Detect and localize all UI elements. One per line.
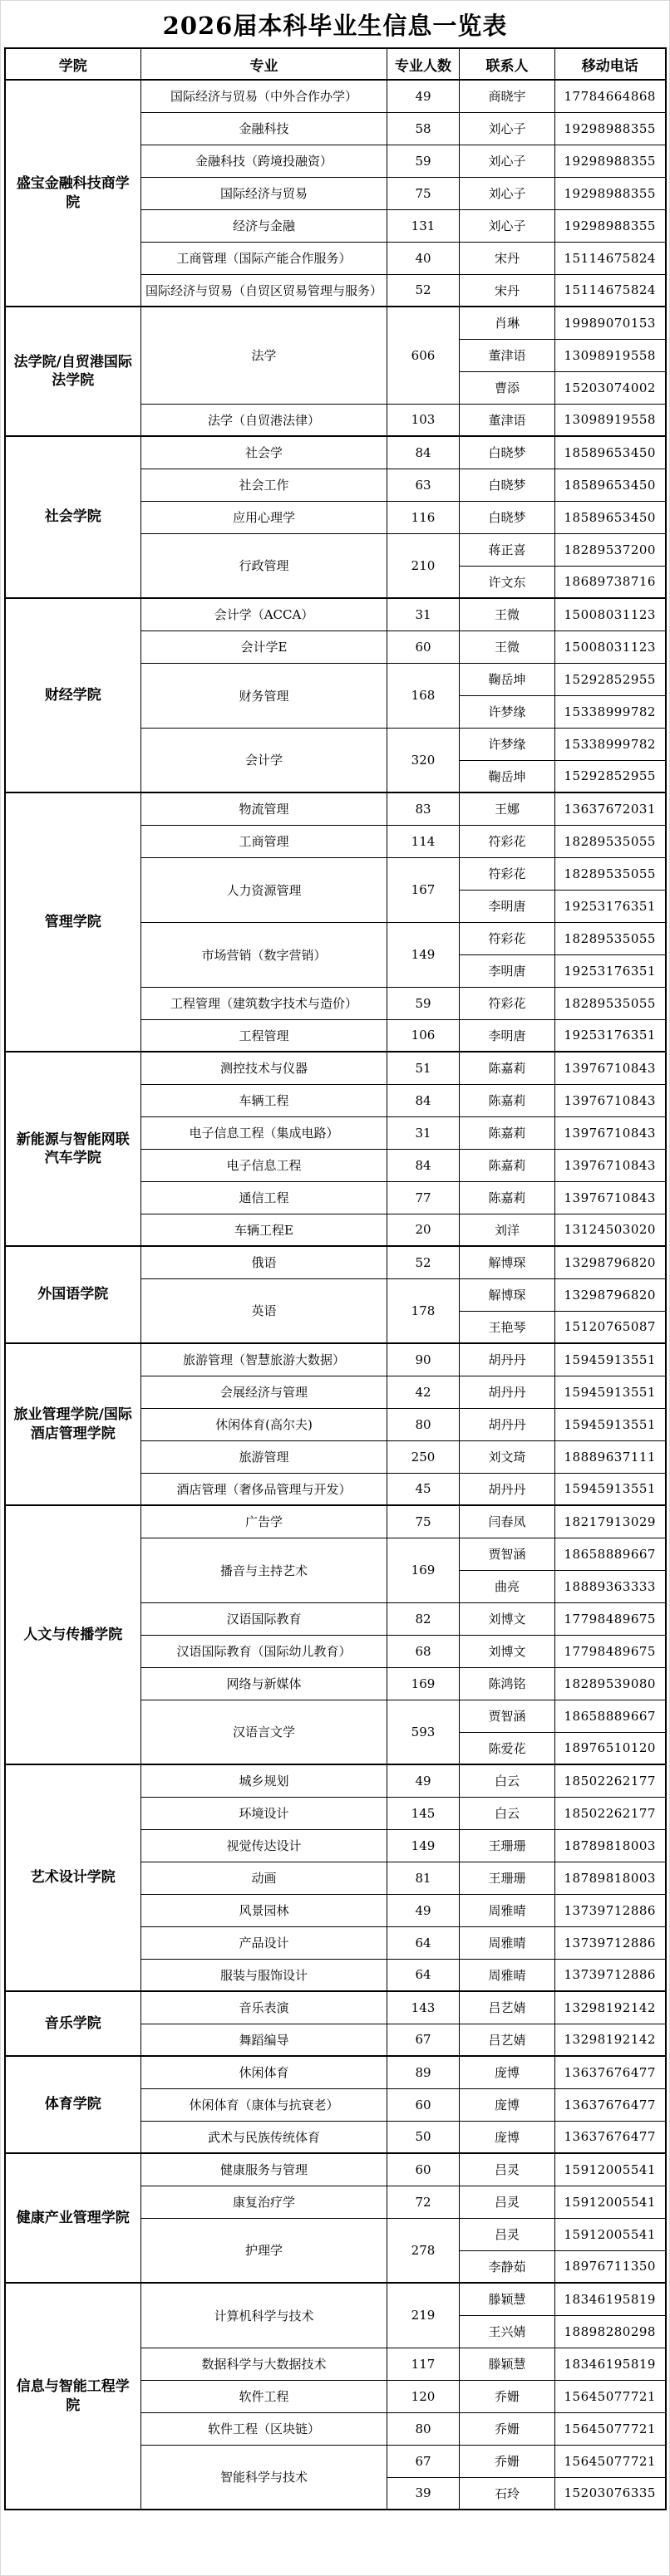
contact-cell: 刘文琦	[460, 1440, 555, 1473]
phone-cell: 13976710843	[555, 1084, 666, 1116]
phone-cell: 19298988355	[555, 177, 666, 209]
contact-cell: 胡丹丹	[460, 1408, 555, 1440]
contact-cell: 刘心子	[460, 145, 555, 177]
count-cell: 75	[387, 1505, 460, 1538]
major-cell: 国际经济与贸易（自贸区贸易管理与服务）	[141, 274, 387, 307]
count-cell: 149	[387, 922, 460, 987]
header-college: 学院	[5, 48, 141, 80]
count-cell: 59	[387, 145, 460, 177]
major-cell: 数据科学与大数据技术	[141, 2348, 387, 2380]
contact-cell: 符彩花	[460, 825, 555, 857]
college-cell: 音乐学院	[5, 1991, 141, 2056]
college-cell: 盛宝金融科技商学院	[5, 80, 141, 307]
contact-cell: 王微	[460, 598, 555, 631]
count-cell: 80	[387, 2412, 460, 2445]
contact-cell: 王珊珊	[460, 1829, 555, 1862]
major-cell: 电子信息工程	[141, 1149, 387, 1181]
count-cell: 80	[387, 1408, 460, 1440]
phone-cell: 15203074002	[555, 371, 666, 404]
phone-cell: 18289539080	[555, 1667, 666, 1700]
major-cell: 工程管理	[141, 1019, 387, 1052]
phone-cell: 13739712886	[555, 1959, 666, 1991]
contact-cell: 刘洋	[460, 1214, 555, 1246]
phone-cell: 19253176351	[555, 1019, 666, 1052]
major-cell: 智能科学与技术	[141, 2445, 387, 2510]
phone-cell: 15645077721	[555, 2412, 666, 2445]
count-cell: 64	[387, 1926, 460, 1959]
count-cell: 169	[387, 1667, 460, 1700]
major-cell: 动画	[141, 1862, 387, 1894]
table-row: 旅业管理学院/国际酒店管理学院旅游管理（智慧旅游大数据）90胡丹丹1594591…	[5, 1343, 666, 1376]
contact-cell: 白云	[460, 1764, 555, 1797]
count-cell: 42	[387, 1376, 460, 1408]
document-sheet: 2026届本科毕业生信息一览表 学院 专业 专业人数 联系人 移动电话 盛宝金融…	[0, 0, 670, 2576]
major-cell: 视觉传达设计	[141, 1829, 387, 1862]
contact-cell: 滕颖慧	[460, 2283, 555, 2315]
count-cell: 178	[387, 1278, 460, 1343]
phone-cell: 19253176351	[555, 890, 666, 922]
major-cell: 社会学	[141, 436, 387, 469]
major-cell: 通信工程	[141, 1181, 387, 1214]
count-cell: 60	[387, 631, 460, 663]
count-cell: 51	[387, 1052, 460, 1084]
college-cell: 外国语学院	[5, 1246, 141, 1343]
major-cell: 俄语	[141, 1246, 387, 1278]
contact-cell: 符彩花	[460, 857, 555, 890]
phone-cell: 19253176351	[555, 954, 666, 987]
major-cell: 法学（自贸港法律）	[141, 404, 387, 436]
phone-cell: 17798489675	[555, 1635, 666, 1667]
major-cell: 休闲体育（康体与抗衰老）	[141, 2088, 387, 2121]
phone-cell: 15945913551	[555, 1473, 666, 1505]
contact-cell: 吕灵	[460, 2186, 555, 2218]
count-cell: 168	[387, 663, 460, 728]
contact-cell: 宋丹	[460, 242, 555, 274]
major-cell: 会计学	[141, 728, 387, 792]
count-cell: 77	[387, 1181, 460, 1214]
major-cell: 计算机科学与技术	[141, 2283, 387, 2348]
phone-cell: 18658889667	[555, 1538, 666, 1570]
major-cell: 旅游管理	[141, 1440, 387, 1473]
phone-cell: 13298796820	[555, 1278, 666, 1311]
count-cell: 45	[387, 1473, 460, 1505]
contact-cell: 陈嘉莉	[460, 1052, 555, 1084]
phone-cell: 15114675824	[555, 274, 666, 307]
table-row: 外国语学院俄语52解博琛13298796820	[5, 1246, 666, 1278]
graduates-info-table: 学院 专业 专业人数 联系人 移动电话 盛宝金融科技商学院国际经济与贸易（中外合…	[4, 47, 667, 2510]
major-cell: 行政管理	[141, 533, 387, 598]
header-count: 专业人数	[387, 48, 460, 80]
phone-cell: 15008031123	[555, 631, 666, 663]
count-cell: 68	[387, 1635, 460, 1667]
count-cell: 52	[387, 274, 460, 307]
count-cell: 103	[387, 404, 460, 436]
phone-cell: 19298988355	[555, 145, 666, 177]
phone-cell: 18898280298	[555, 2315, 666, 2348]
count-cell: 64	[387, 1959, 460, 1991]
contact-cell: 陈嘉莉	[460, 1149, 555, 1181]
count-cell: 84	[387, 1084, 460, 1116]
major-cell: 社会工作	[141, 469, 387, 501]
contact-cell: 许梦缘	[460, 695, 555, 728]
major-cell: 会展经济与管理	[141, 1376, 387, 1408]
phone-cell: 13637676477	[555, 2088, 666, 2121]
count-cell: 250	[387, 1440, 460, 1473]
contact-cell: 李明唐	[460, 1019, 555, 1052]
count-cell: 120	[387, 2380, 460, 2412]
major-cell: 会计学E	[141, 631, 387, 663]
contact-cell: 庞博	[460, 2088, 555, 2121]
table-row: 健康产业管理学院健康服务与管理60吕灵15912005541	[5, 2153, 666, 2186]
phone-cell: 18689738716	[555, 566, 666, 598]
count-cell: 117	[387, 2348, 460, 2380]
contact-cell: 庞博	[460, 2056, 555, 2088]
major-cell: 酒店管理（奢侈品管理与开发）	[141, 1473, 387, 1505]
phone-cell: 18289535055	[555, 922, 666, 954]
contact-cell: 刘心子	[460, 209, 555, 242]
count-cell: 106	[387, 1019, 460, 1052]
major-cell: 经济与金融	[141, 209, 387, 242]
contact-cell: 闫春凤	[460, 1505, 555, 1538]
table-row: 人文与传播学院广告学75闫春凤18217913029	[5, 1505, 666, 1538]
phone-cell: 13298192142	[555, 2024, 666, 2056]
contact-cell: 李明唐	[460, 954, 555, 987]
major-cell: 国际经济与贸易	[141, 177, 387, 209]
major-cell: 会计学（ACCA）	[141, 598, 387, 631]
phone-cell: 13298796820	[555, 1246, 666, 1278]
major-cell: 工商管理	[141, 825, 387, 857]
major-cell: 车辆工程E	[141, 1214, 387, 1246]
count-cell: 63	[387, 469, 460, 501]
phone-cell: 18658889667	[555, 1700, 666, 1732]
header-major: 专业	[141, 48, 387, 80]
phone-cell: 19989070153	[555, 307, 666, 339]
phone-cell: 15645077721	[555, 2445, 666, 2477]
phone-cell: 13637672031	[555, 792, 666, 825]
college-cell: 管理学院	[5, 792, 141, 1052]
phone-cell: 13976710843	[555, 1149, 666, 1181]
contact-cell: 周雅晴	[460, 1959, 555, 1991]
phone-cell: 13098919558	[555, 404, 666, 436]
count-cell: 40	[387, 242, 460, 274]
table-row: 体育学院休闲体育89庞博13637676477	[5, 2056, 666, 2088]
phone-cell: 13298192142	[555, 1991, 666, 2024]
phone-cell: 15912005541	[555, 2186, 666, 2218]
count-cell: 60	[387, 2153, 460, 2186]
phone-cell: 15338999782	[555, 728, 666, 760]
phone-cell: 18346195819	[555, 2348, 666, 2380]
contact-cell: 白云	[460, 1797, 555, 1829]
major-cell: 应用心理学	[141, 501, 387, 533]
phone-cell: 18789818003	[555, 1829, 666, 1862]
count-cell: 149	[387, 1829, 460, 1862]
major-cell: 服装与服饰设计	[141, 1959, 387, 1991]
count-cell: 219	[387, 2283, 460, 2348]
phone-cell: 15338999782	[555, 695, 666, 728]
major-cell: 旅游管理（智慧旅游大数据）	[141, 1343, 387, 1376]
contact-cell: 符彩花	[460, 922, 555, 954]
phone-cell: 13739712886	[555, 1926, 666, 1959]
major-cell: 音乐表演	[141, 1991, 387, 2024]
phone-cell: 18289535055	[555, 825, 666, 857]
contact-cell: 周雅晴	[460, 1926, 555, 1959]
major-cell: 英语	[141, 1278, 387, 1343]
count-cell: 84	[387, 436, 460, 469]
contact-cell: 曲亮	[460, 1570, 555, 1602]
contact-cell: 鞠岳坤	[460, 760, 555, 792]
contact-cell: 王娜	[460, 792, 555, 825]
major-cell: 法学	[141, 307, 387, 404]
header-row: 学院 专业 专业人数 联系人 移动电话	[5, 48, 666, 80]
major-cell: 国际经济与贸易（中外合作办学）	[141, 80, 387, 112]
contact-cell: 解博琛	[460, 1246, 555, 1278]
phone-cell: 13637676477	[555, 2121, 666, 2153]
phone-cell: 13976710843	[555, 1181, 666, 1214]
count-cell: 143	[387, 1991, 460, 2024]
contact-cell: 白晓梦	[460, 469, 555, 501]
table-row: 艺术设计学院城乡规划49白云18502262177	[5, 1764, 666, 1797]
major-cell: 健康服务与管理	[141, 2153, 387, 2186]
contact-cell: 石玲	[460, 2477, 555, 2510]
count-cell: 31	[387, 1116, 460, 1149]
major-cell: 城乡规划	[141, 1764, 387, 1797]
major-cell: 风景园林	[141, 1894, 387, 1926]
contact-cell: 商晓宇	[460, 80, 555, 112]
table-row: 新能源与智能网联汽车学院测控技术与仪器51陈嘉莉13976710843	[5, 1052, 666, 1084]
count-cell: 89	[387, 2056, 460, 2088]
major-cell: 金融科技（跨境投融资）	[141, 145, 387, 177]
contact-cell: 李静茹	[460, 2250, 555, 2283]
major-cell: 软件工程	[141, 2380, 387, 2412]
contact-cell: 吕灵	[460, 2153, 555, 2186]
contact-cell: 胡丹丹	[460, 1473, 555, 1505]
count-cell: 60	[387, 2088, 460, 2121]
header-phone: 移动电话	[555, 48, 666, 80]
phone-cell: 19298988355	[555, 112, 666, 145]
major-cell: 软件工程（区块链）	[141, 2412, 387, 2445]
major-cell: 休闲体育(高尔夫)	[141, 1408, 387, 1440]
contact-cell: 陈嘉莉	[460, 1181, 555, 1214]
count-cell: 210	[387, 533, 460, 598]
phone-cell: 15203076335	[555, 2477, 666, 2510]
contact-cell: 蒋正喜	[460, 533, 555, 566]
contact-cell: 鞠岳坤	[460, 663, 555, 695]
phone-cell: 18976510120	[555, 1732, 666, 1764]
major-cell: 金融科技	[141, 112, 387, 145]
phone-cell: 13739712886	[555, 1894, 666, 1926]
count-cell: 49	[387, 1764, 460, 1797]
phone-cell: 18502262177	[555, 1797, 666, 1829]
count-cell: 82	[387, 1602, 460, 1635]
phone-cell: 13976710843	[555, 1116, 666, 1149]
contact-cell: 乔姗	[460, 2380, 555, 2412]
contact-cell: 王兴婧	[460, 2315, 555, 2348]
count-cell: 49	[387, 1894, 460, 1926]
phone-cell: 15292852955	[555, 663, 666, 695]
major-cell: 武术与民族传统体育	[141, 2121, 387, 2153]
phone-cell: 15645077721	[555, 2380, 666, 2412]
contact-cell: 许梦缘	[460, 728, 555, 760]
table-row: 社会学院社会学84白晓梦18589653450	[5, 436, 666, 469]
phone-cell: 13637676477	[555, 2056, 666, 2088]
major-cell: 汉语国际教育	[141, 1602, 387, 1635]
contact-cell: 刘心子	[460, 177, 555, 209]
phone-cell: 18589653450	[555, 501, 666, 533]
college-cell: 信息与智能工程学院	[5, 2283, 141, 2510]
phone-cell: 18589653450	[555, 436, 666, 469]
count-cell: 90	[387, 1343, 460, 1376]
contact-cell: 董津语	[460, 404, 555, 436]
count-cell: 606	[387, 307, 460, 404]
major-cell: 舞蹈编导	[141, 2024, 387, 2056]
count-cell: 167	[387, 857, 460, 922]
major-cell: 汉语国际教育（国际幼儿教育）	[141, 1635, 387, 1667]
contact-cell: 王艳琴	[460, 1311, 555, 1343]
count-cell: 114	[387, 825, 460, 857]
college-cell: 社会学院	[5, 436, 141, 598]
contact-cell: 贾智涵	[460, 1538, 555, 1570]
contact-cell: 刘心子	[460, 112, 555, 145]
count-cell: 72	[387, 2186, 460, 2218]
contact-cell: 王珊珊	[460, 1862, 555, 1894]
phone-cell: 18889363333	[555, 1570, 666, 1602]
contact-cell: 贾智涵	[460, 1700, 555, 1732]
phone-cell: 18217913029	[555, 1505, 666, 1538]
college-cell: 旅业管理学院/国际酒店管理学院	[5, 1343, 141, 1505]
major-cell: 休闲体育	[141, 2056, 387, 2088]
contact-cell: 许文东	[460, 566, 555, 598]
major-cell: 测控技术与仪器	[141, 1052, 387, 1084]
phone-cell: 13098919558	[555, 339, 666, 371]
count-cell: 49	[387, 80, 460, 112]
major-cell: 电子信息工程（集成电路）	[141, 1116, 387, 1149]
contact-cell: 陈爱花	[460, 1732, 555, 1764]
contact-cell: 曹添	[460, 371, 555, 404]
major-cell: 环境设计	[141, 1797, 387, 1829]
contact-cell: 滕颖慧	[460, 2348, 555, 2380]
count-cell: 131	[387, 209, 460, 242]
header-contact: 联系人	[460, 48, 555, 80]
count-cell: 50	[387, 2121, 460, 2153]
phone-cell: 15912005541	[555, 2218, 666, 2250]
college-cell: 财经学院	[5, 598, 141, 792]
contact-cell: 周雅晴	[460, 1894, 555, 1926]
phone-cell: 17798489675	[555, 1602, 666, 1635]
contact-cell: 董津语	[460, 339, 555, 371]
table-row: 信息与智能工程学院计算机科学与技术219滕颖慧18346195819	[5, 2283, 666, 2315]
major-cell: 播音与主持艺术	[141, 1538, 387, 1602]
count-cell: 31	[387, 598, 460, 631]
phone-cell: 13976710843	[555, 1052, 666, 1084]
college-cell: 艺术设计学院	[5, 1764, 141, 1991]
table-row: 法学院/自贸港国际法学院法学606肖琳19989070153	[5, 307, 666, 339]
major-cell: 物流管理	[141, 792, 387, 825]
contact-cell: 符彩花	[460, 987, 555, 1019]
count-cell: 145	[387, 1797, 460, 1829]
major-cell: 车辆工程	[141, 1084, 387, 1116]
major-cell: 人力资源管理	[141, 857, 387, 922]
phone-cell: 15114675824	[555, 242, 666, 274]
major-cell: 财务管理	[141, 663, 387, 728]
college-cell: 人文与传播学院	[5, 1505, 141, 1764]
phone-cell: 18789818003	[555, 1862, 666, 1894]
count-cell: 39	[387, 2477, 460, 2510]
contact-cell: 吕艺婧	[460, 1991, 555, 2024]
college-cell: 健康产业管理学院	[5, 2153, 141, 2283]
count-cell: 83	[387, 792, 460, 825]
major-cell: 工商管理（国际产能合作服务）	[141, 242, 387, 274]
contact-cell: 胡丹丹	[460, 1343, 555, 1376]
phone-cell: 18976711350	[555, 2250, 666, 2283]
phone-cell: 17784664868	[555, 80, 666, 112]
major-cell: 网络与新媒体	[141, 1667, 387, 1700]
contact-cell: 白晓梦	[460, 436, 555, 469]
table-row: 管理学院物流管理83王娜13637672031	[5, 792, 666, 825]
count-cell: 67	[387, 2445, 460, 2477]
table-row: 盛宝金融科技商学院国际经济与贸易（中外合作办学）49商晓宇17784664868	[5, 80, 666, 112]
count-cell: 58	[387, 112, 460, 145]
count-cell: 278	[387, 2218, 460, 2283]
contact-cell: 陈嘉莉	[460, 1116, 555, 1149]
contact-cell: 陈嘉莉	[460, 1084, 555, 1116]
phone-cell: 18289537200	[555, 533, 666, 566]
count-cell: 75	[387, 177, 460, 209]
count-cell: 20	[387, 1214, 460, 1246]
phone-cell: 15945913551	[555, 1376, 666, 1408]
table-row: 财经学院会计学（ACCA）31王微15008031123	[5, 598, 666, 631]
major-cell: 市场营销（数字营销）	[141, 922, 387, 987]
count-cell: 59	[387, 987, 460, 1019]
phone-cell: 15120765087	[555, 1311, 666, 1343]
major-cell: 工程管理（建筑数字技术与造价）	[141, 987, 387, 1019]
college-cell: 新能源与智能网联汽车学院	[5, 1052, 141, 1246]
contact-cell: 李明唐	[460, 890, 555, 922]
count-cell: 320	[387, 728, 460, 792]
contact-cell: 刘博文	[460, 1602, 555, 1635]
contact-cell: 肖琳	[460, 307, 555, 339]
phone-cell: 18589653450	[555, 469, 666, 501]
count-cell: 84	[387, 1149, 460, 1181]
contact-cell: 胡丹丹	[460, 1376, 555, 1408]
table-row: 音乐学院音乐表演143吕艺婧13298192142	[5, 1991, 666, 2024]
count-cell: 593	[387, 1700, 460, 1764]
contact-cell: 解博琛	[460, 1278, 555, 1311]
major-cell: 广告学	[141, 1505, 387, 1538]
phone-cell: 18889637111	[555, 1440, 666, 1473]
phone-cell: 15292852955	[555, 760, 666, 792]
contact-cell: 庞博	[460, 2121, 555, 2153]
count-cell: 67	[387, 2024, 460, 2056]
contact-cell: 吕艺婧	[460, 2024, 555, 2056]
phone-cell: 18289535055	[555, 857, 666, 890]
phone-cell: 18289535055	[555, 987, 666, 1019]
contact-cell: 乔姗	[460, 2445, 555, 2477]
major-cell: 产品设计	[141, 1926, 387, 1959]
phone-cell: 15945913551	[555, 1408, 666, 1440]
major-cell: 护理学	[141, 2218, 387, 2283]
phone-cell: 19298988355	[555, 209, 666, 242]
contact-cell: 宋丹	[460, 274, 555, 307]
phone-cell: 18502262177	[555, 1764, 666, 1797]
contact-cell: 刘博文	[460, 1635, 555, 1667]
major-cell: 康复治疗学	[141, 2186, 387, 2218]
contact-cell: 白晓梦	[460, 501, 555, 533]
count-cell: 116	[387, 501, 460, 533]
phone-cell: 15912005541	[555, 2153, 666, 2186]
phone-cell: 13124503020	[555, 1214, 666, 1246]
college-cell: 法学院/自贸港国际法学院	[5, 307, 141, 436]
major-cell: 汉语言文学	[141, 1700, 387, 1764]
